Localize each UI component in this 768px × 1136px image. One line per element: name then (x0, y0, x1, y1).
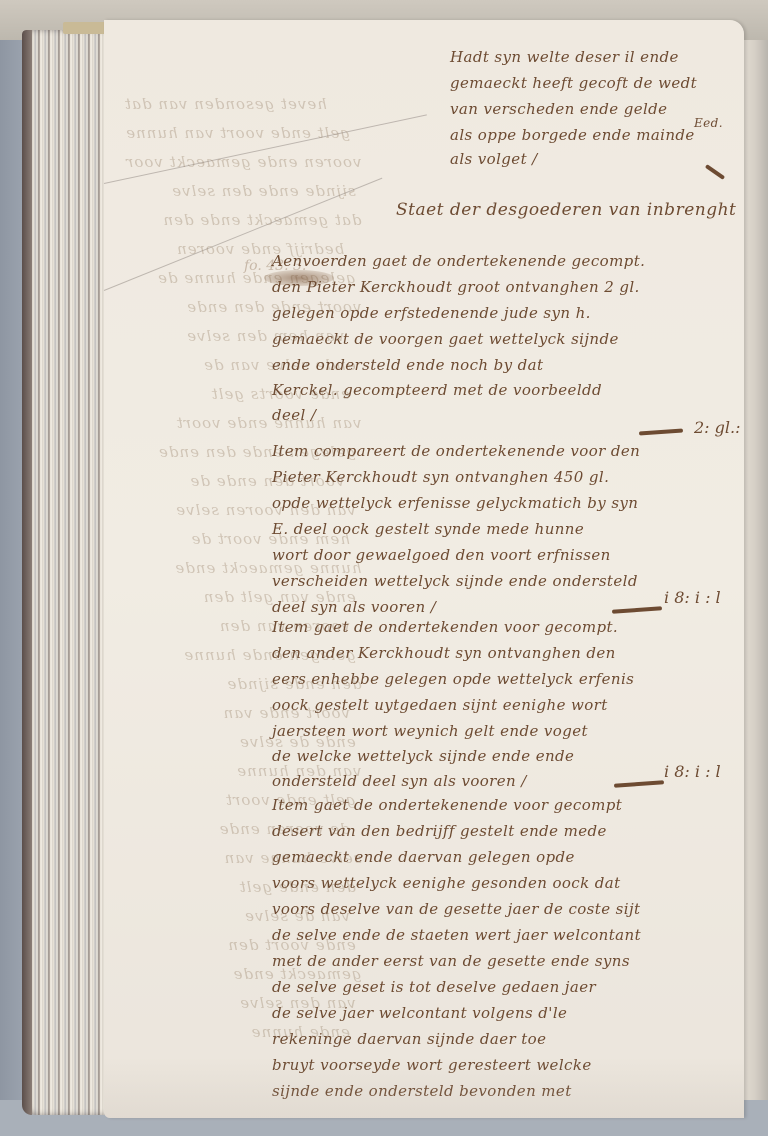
top-line-2: gemaeckt heeft gecoft de wedt (450, 74, 697, 92)
entry4-line-1: Item gaet de ondertekenende voor gecompt (272, 796, 622, 814)
entry1-line-4: gemaeckt de voorgen gaet wettelyck sijnd… (272, 330, 619, 348)
amount-dash (612, 606, 662, 613)
entry2-line-5: wort door gewaelgoed den voort erfnissen (272, 546, 611, 564)
entry1-line-2: den Pieter Kerckhoudt groot ontvanghen 2… (272, 278, 640, 296)
entry4-line-3: gemaeckt ende daervan gelegen opde (272, 848, 575, 866)
entry2-line-2: Pieter Kerckhoudt syn ontvanghen 450 gl. (272, 468, 609, 486)
entry4-line-10: rekeninge daervan sijnde daer toe (272, 1030, 546, 1048)
top-line-1: Hadt syn welte deser il ende (450, 48, 679, 66)
entry2-line-3: opde wettelyck erfenisse gelyckmatich by… (272, 494, 638, 512)
entry4-line-8: de selve geset is tot deselve gedaen jae… (272, 978, 596, 996)
entry1-line-1: Aenvoerden gaet de ondertekenende gecomp… (272, 252, 645, 270)
entry3-line-1: Item gaet de ondertekenden voor gecompt. (272, 618, 618, 636)
spine-tab (63, 22, 108, 34)
entry4-line-4: voors wettelyck eenighe gesonden oock da… (272, 874, 621, 892)
entry4-line-12: sijnde ende ondersteld bevonden met (272, 1082, 572, 1100)
entry4-line-2: desert van den bedrijff gestelt ende med… (272, 822, 607, 840)
entry2-line-7: deel syn als vooren / (272, 598, 436, 616)
entry1-line-7: deel / (272, 406, 316, 424)
manuscript-page: hevet gesonden van dat gelt ende voort v… (104, 20, 744, 1118)
top-line-4: als oppe borgede ende mainde (450, 126, 695, 144)
entry1-line-3: gelegen opde erfstedenende jude syn h. (272, 304, 591, 322)
page-stack-edge (22, 30, 107, 1115)
entry3-line-5: jaersteen wort weynich gelt ende voget (272, 722, 588, 740)
entry4-line-11: bruyt voorseyde wort geresteert welcke (272, 1056, 592, 1074)
entry3-line-2: den ander Kerckhoudt syn ontvanghen den (272, 644, 616, 662)
entry4-line-9: de selve jaer welcontant volgens d'le (272, 1004, 567, 1022)
entry3-line-4: oock gestelt uytgedaen sijnt eenighe wor… (272, 696, 608, 714)
amount-dash (614, 780, 664, 787)
entry4-line-5: voors deselve van de gesette jaer de cos… (272, 900, 640, 918)
entry3-line-7: ondersteld deel syn als vooren / (272, 772, 527, 790)
entry3-line-3: eers enhebbe gelegen opde wettelyck erfe… (272, 670, 634, 688)
entry2-line-4: E. deel oock gestelt synde mede hunne (272, 520, 584, 538)
entry3-line-6: de welcke wettelyck sijnde ende ende (272, 747, 574, 765)
entry1-line-6: Kerckel. gecompteerd met de voorbeeldd (272, 381, 602, 399)
section-heading: Staet der desgoederen van inbrenght (396, 200, 736, 220)
top-line-3: van verscheden ende gelde (450, 100, 667, 118)
top-line-5: als volget / (450, 150, 538, 168)
entry2-line-6: verscheiden wettelyck sijnde ende onders… (272, 572, 638, 590)
entry4-line-7: met de ander eerst van de gesette ende s… (272, 952, 630, 970)
entry4-line-6: de selve ende de staeten wert jaer welco… (272, 926, 641, 944)
entry1-line-5: ende ondersteld ende noch by dat (272, 356, 543, 374)
entry3-amount: i 8: i : l (664, 762, 721, 781)
amount-dash (639, 428, 683, 435)
entry1-amount: 2: gl.: (694, 418, 741, 437)
entry2-line-1: Item compareert de ondertekenende voor d… (272, 442, 640, 460)
entry2-amount: i 8: i : l (664, 588, 721, 607)
top-superscript: Eed. (694, 116, 723, 130)
flourish (705, 164, 725, 180)
